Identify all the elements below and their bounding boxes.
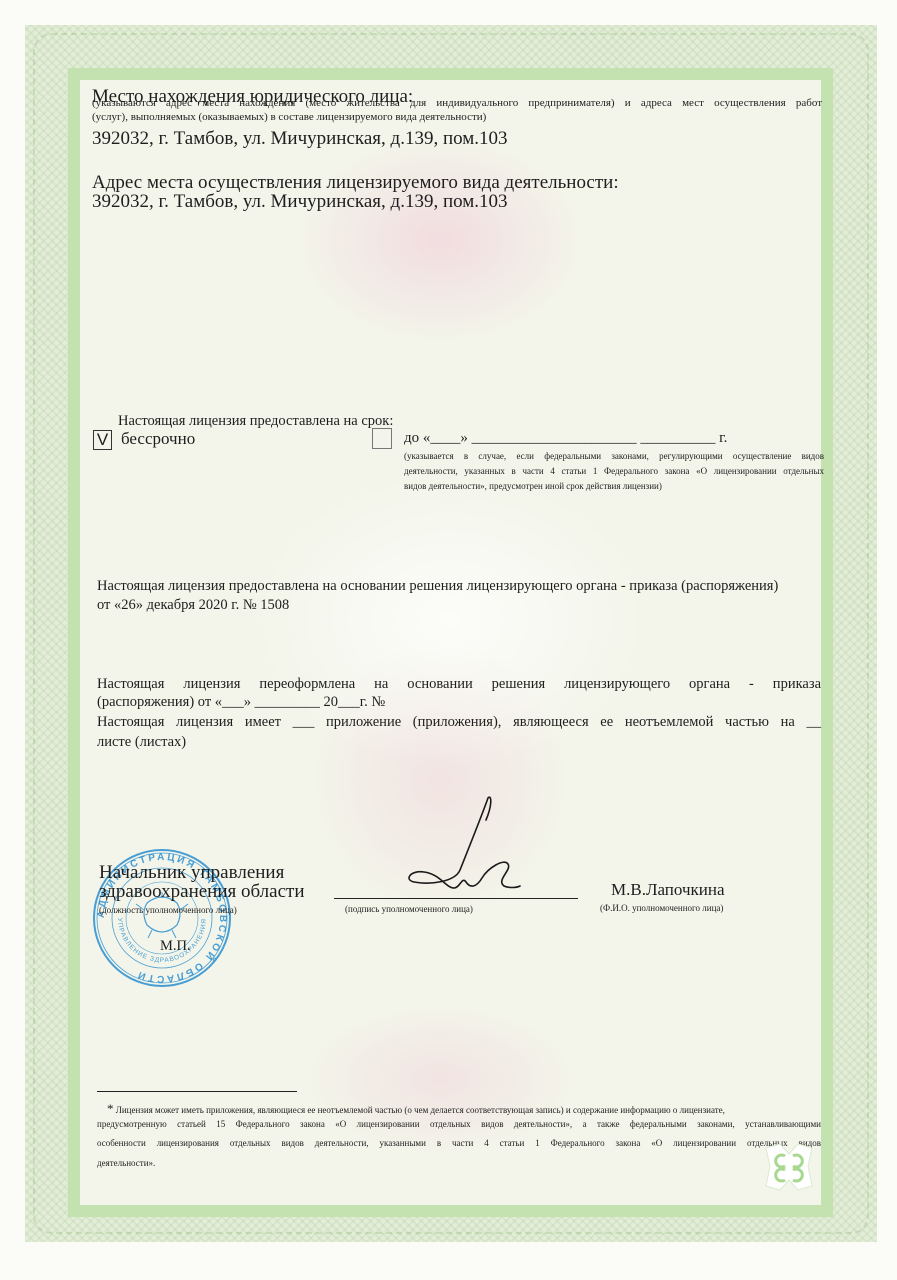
signature-caption: (подпись уполномоченного лица)	[345, 904, 473, 914]
signatory-position-line-2: здравоохранения области	[99, 881, 305, 903]
ornament-emblem-icon	[760, 1142, 818, 1192]
until-date-checkbox[interactable]	[372, 428, 392, 449]
location-address: 392032, г. Тамбов, ул. Мичуринская, д.13…	[92, 128, 508, 150]
document-paper	[80, 80, 821, 1205]
indefinite-checkbox[interactable]: V	[93, 430, 112, 450]
footnote-line-2: предусмотренную статьей 15 Федерального …	[97, 1119, 821, 1129]
footnote-star: *	[107, 1101, 114, 1116]
reissue-line-2: (распоряжения) от «___» _________ 20___г…	[97, 694, 385, 711]
handwritten-signature	[400, 790, 530, 900]
appendix-line-1: Настоящая лицензия имеет ___ приложение …	[97, 714, 821, 731]
until-hint-3: видов деятельности», предусмотрен иной с…	[404, 481, 662, 491]
activity-address-value: 392032, г. Тамбов, ул. Мичуринская, д.13…	[92, 191, 508, 213]
location-hint-2: (услуг), выполняемых (оказываемых) в сос…	[92, 111, 486, 123]
signature-line	[334, 898, 578, 899]
footnote-divider	[97, 1091, 297, 1092]
footnote-line-1-text: Лицензия может иметь приложения, являющи…	[116, 1105, 725, 1115]
footnote-line-4: деятельности».	[97, 1158, 155, 1168]
signatory-name: М.В.Лапочкина	[611, 880, 725, 900]
reissue-line-1: Настоящая лицензия переоформлена на осно…	[97, 676, 821, 693]
until-hint-2: деятельности, указанных в части 4 статьи…	[404, 466, 824, 476]
position-caption: (должность уполномоченного лица)	[99, 905, 237, 915]
indefinite-label: бессрочно	[121, 429, 195, 449]
footnote-line-1: * Лицензия может иметь приложения, являю…	[107, 1101, 725, 1117]
until-date-field: до «____» ______________________ _______…	[404, 430, 727, 447]
name-caption: (Ф.И.О. уполномоченного лица)	[600, 903, 723, 913]
location-hint-1: (указываются адрес места нахождения (мес…	[92, 97, 822, 109]
basis-line-1: Настоящая лицензия предоставлена на осно…	[97, 578, 778, 595]
seal-place-mark: М.П.	[160, 938, 191, 955]
until-hint-1: (указывается в случае, если федеральными…	[404, 451, 824, 461]
basis-line-2: от «26» декабря 2020 г. № 1508	[97, 597, 289, 614]
footnote-line-3: особенности лицензирования отдельных вид…	[97, 1138, 821, 1148]
term-title: Настоящая лицензия предоставлена на срок…	[118, 413, 393, 430]
appendix-line-2: листе (листах)	[97, 734, 186, 751]
